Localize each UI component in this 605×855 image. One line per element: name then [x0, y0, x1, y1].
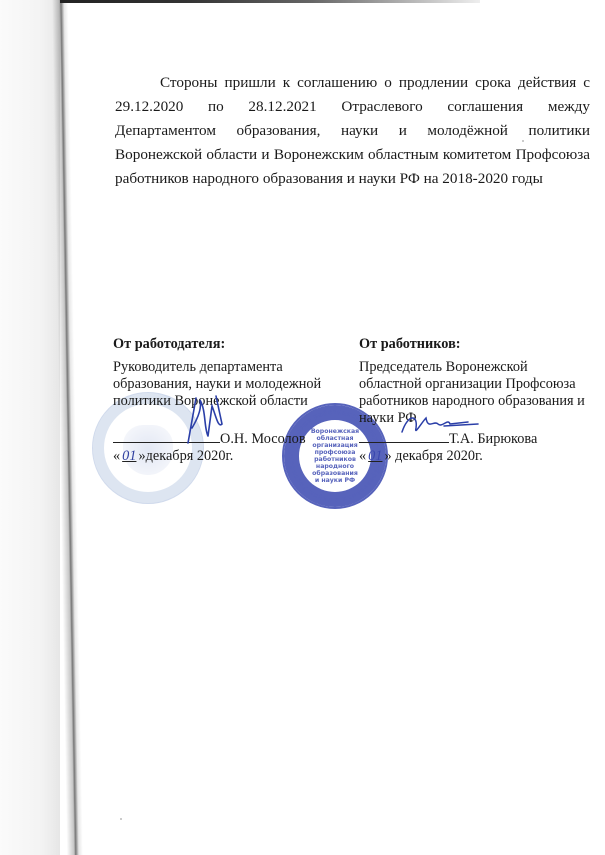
- employer-heading: От работодателя:: [113, 336, 343, 353]
- scan-speck: [120, 818, 122, 820]
- employer-name: О.Н. Мосолов: [220, 431, 306, 447]
- scan-left-margin: [0, 0, 60, 855]
- date-day: 01: [120, 448, 138, 464]
- employees-title-line: областной организации Профсоюза: [359, 376, 599, 393]
- employees-title-line: Председатель Воронежской: [359, 359, 599, 376]
- employees-name: Т.А. Бирюкова: [449, 431, 537, 447]
- employees-signature-block: От работников: Председатель Воронежской …: [359, 336, 599, 465]
- employees-title-line: работников народного образования и: [359, 393, 599, 410]
- signature-blank-line: [359, 430, 449, 443]
- employees-title-line: науки РФ: [359, 410, 599, 427]
- employer-sign-row: О.Н. Мосолов: [113, 430, 343, 448]
- signature-blank-line: [113, 430, 220, 443]
- employees-sign-row: Т.А. Бирюкова: [359, 430, 599, 448]
- employer-title-line: политики Воронежской области: [113, 393, 343, 410]
- page-top-edge: [60, 0, 480, 3]
- employer-signature-block: От работодателя: Руководитель департамен…: [113, 336, 343, 465]
- scan-speck: [246, 82, 248, 84]
- date-day: 01: [366, 448, 384, 464]
- employer-date: «01»декабря 2020г.: [113, 448, 343, 465]
- employer-title-line: Руководитель департамента: [113, 359, 343, 376]
- employees-heading: От работников:: [359, 336, 599, 353]
- scan-speck: [522, 140, 524, 142]
- employees-date: «01» декабря 2020г.: [359, 448, 599, 465]
- employer-title-line: образования, науки и молодежной: [113, 376, 343, 393]
- agreement-paragraph: Стороны пришли к соглашению о продлении …: [115, 71, 590, 191]
